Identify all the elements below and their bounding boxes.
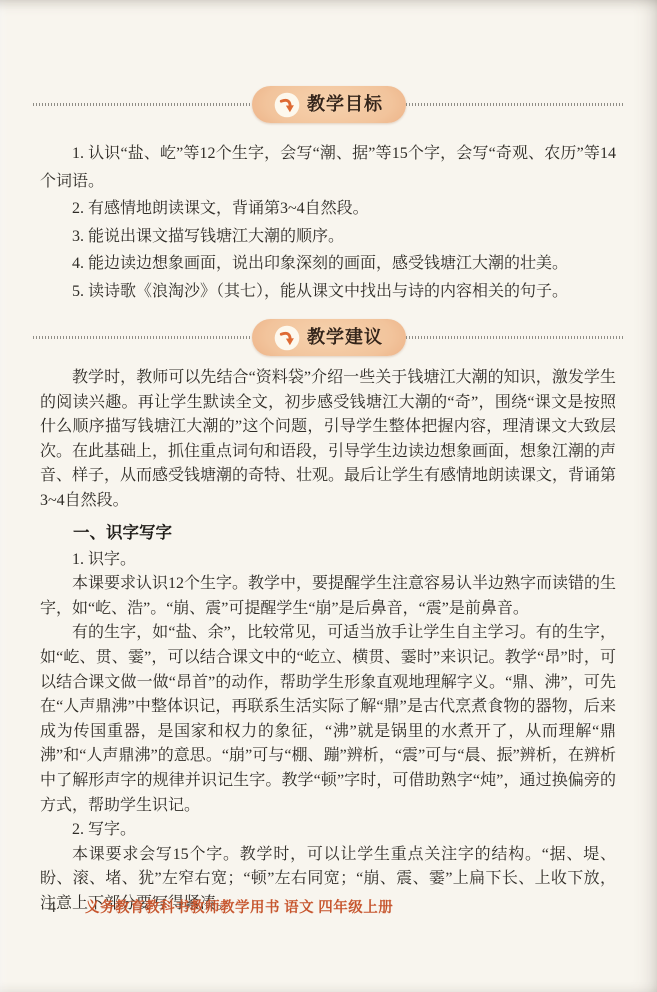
- section-header-suggestions: 教学建议: [33, 319, 624, 356]
- suggestions-badge: 教学建议: [252, 319, 406, 356]
- dotted-rule-left: [33, 103, 252, 106]
- suggestions-body: 教学时，教师可以先结合“资料袋”介绍一些关于钱塘江大潮的知识，激发学生的阅读兴趣…: [40, 366, 616, 916]
- objectives-list: 1. 认识“盐、屹”等12个生字，会写“潮、据”等15个字，会写“奇观、农历”等…: [40, 140, 616, 305]
- suggestions-paragraph: 1. 识字。: [40, 548, 616, 573]
- page-number: 4: [48, 899, 56, 917]
- dotted-rule-left: [33, 336, 252, 339]
- page-content: 教学目标 1. 认识“盐、屹”等12个生字，会写“潮、据”等15个字，会写“奇观…: [0, 0, 657, 916]
- dotted-rule-right: [406, 336, 625, 339]
- objective-item: 5. 读诗歌《浪淘沙》（其七），能从课文中找出与诗的内容相关的句子。: [40, 278, 616, 306]
- objectives-badge-label: 教学目标: [307, 95, 383, 114]
- subsection-title: 一、识字写字: [40, 521, 616, 546]
- suggestions-intro-paragraph: 教学时，教师可以先结合“资料袋”介绍一些关于钱塘江大潮的知识，激发学生的阅读兴趣…: [40, 366, 616, 514]
- suggestions-paragraph: 有的生字，如“盐、余”，比较常见，可适当放手让学生自主学习。有的生字，如“屹、贯…: [40, 621, 616, 818]
- suggestions-paragraph: 本课要求认识12个生字。教学中，要提醒学生注意容易认半边熟字而读错的生字，如“屹…: [40, 572, 616, 621]
- dotted-rule-right: [406, 103, 625, 106]
- suggestions-badge-label: 教学建议: [307, 328, 383, 347]
- objective-item: 2. 有感情地朗读课文，背诵第3~4自然段。: [40, 195, 616, 223]
- curved-down-arrow-icon: [274, 325, 300, 351]
- objective-item: 3. 能说出课文描写钱塘江大潮的顺序。: [40, 223, 616, 251]
- page-footer: 4 义务教育教科书教师教学用书 语文 四年级上册: [48, 896, 393, 917]
- objective-item: 1. 认识“盐、屹”等12个生字，会写“潮、据”等15个字，会写“奇观、农历”等…: [40, 140, 616, 195]
- objective-item: 4. 能边读边想象画面，说出印象深刻的画面，感受钱塘江大潮的壮美。: [40, 250, 616, 278]
- objectives-badge: 教学目标: [252, 86, 406, 123]
- book-page: 教学目标 1. 认识“盐、屹”等12个生字，会写“潮、据”等15个字，会写“奇观…: [0, 0, 657, 992]
- section-header-objectives: 教学目标: [33, 0, 624, 123]
- suggestions-paragraph: 2. 写字。: [40, 818, 616, 843]
- curved-down-arrow-icon: [274, 92, 300, 118]
- book-title: 义务教育教科书教师教学用书 语文 四年级上册: [85, 896, 393, 917]
